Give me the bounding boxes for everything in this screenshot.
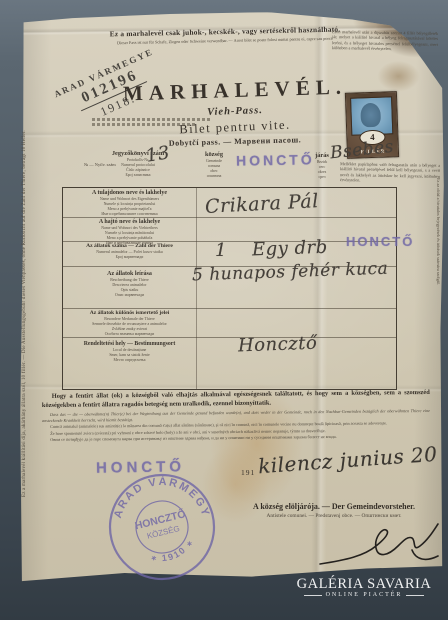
drover-label: A hajtó neve és lakhelye	[63, 219, 196, 226]
watermark-title: GALÉRIA SAVARIA	[284, 576, 444, 593]
drover-cell-village-stamp: HONCTŐ	[346, 234, 414, 249]
small-print-block	[92, 116, 222, 128]
destination-handwritten: Honcztő	[238, 333, 318, 357]
row-count-label: Az állatok száma — Zahl der Thiere Numer…	[63, 241, 197, 266]
destination-sublabels: Locul de destinațiune Smer, kam sa stato…	[63, 348, 196, 363]
watermark: GALÉRIA SAVARIA ONLINE PIACTÉR	[284, 576, 444, 598]
description-label: Az állatok leírása	[63, 271, 196, 278]
certification-block: Hogy a fentírt állat (ok) a községből va…	[42, 389, 430, 443]
watermark-rule-left	[304, 595, 322, 596]
coat-of-arms	[360, 103, 381, 128]
left-margin-note: Ez a marhalevél kiállítási díja, akárhán…	[22, 99, 27, 497]
village-label: község	[188, 151, 240, 159]
destination-label: Rendeltetési hely — Bestimmungsort	[63, 341, 196, 348]
description-sublabels: Beschreibung der Thiere Descrierea anima…	[63, 278, 196, 298]
seal-year-text: ⁎ 1910 ⁎	[147, 535, 198, 567]
table-row: Rendeltetési hely — Bestimmungsort Locul…	[63, 337, 396, 389]
side-paragraph-top: Ezen marhalevél után a díjszabás szerint…	[332, 29, 438, 53]
official-signature	[316, 516, 442, 574]
field-village: község Gemeinde comuna obec општина	[188, 151, 240, 179]
svg-text:⁎ 1910 ⁎: ⁎ 1910 ⁎	[147, 535, 198, 567]
owner-label: A tulajdonos neve és lakhelye	[63, 190, 196, 197]
protocol-value-handwritten: 13	[145, 142, 172, 166]
village-sublabels: Gemeinde comuna obec општина	[188, 159, 240, 179]
watermark-rule-right	[406, 595, 424, 596]
count-label: Az állatok száma — Zahl der Thiere	[63, 243, 196, 250]
row-description-label: Az állatok leírása Beschreibung der Thie…	[63, 266, 197, 308]
row-destination-label: Rendeltetési hely — Bestimmungsort Locul…	[63, 337, 197, 389]
printed-year-prefix: 191	[241, 468, 255, 477]
count-sublabels: Numerul animalelor — Počet kusov statku …	[63, 250, 196, 260]
row-drover-label: A hajtó neve és lakhelye Name und Wohnor…	[63, 217, 197, 241]
marks-label: Az állatok különös ismertető jelei	[63, 310, 196, 317]
right-margin-note: Ez az oldal a hivatalos bejegyzések és á…	[436, 178, 441, 328]
animal-count-words: Egy drb	[252, 237, 328, 261]
village-stamp-impression: HONCTŐ	[236, 151, 315, 168]
owner-sublabels: Name und Wohnort des Eigenthümers Numele…	[63, 197, 196, 217]
animal-count-figure: 1	[215, 240, 227, 261]
row-marks-label: Az állatok különös ismertető jelei Beson…	[63, 308, 197, 337]
official-title-line1: A község elöljárója. — Der Gemeindevorst…	[228, 502, 440, 511]
certification-hungarian: Hogy a fentírt állat (ok) a községből va…	[42, 389, 430, 411]
row-owner-label: A tulajdonos neve és lakhelye Name und W…	[63, 188, 197, 217]
side-paragraph-bottom: Melléklet papírlaphoz való felragasztás …	[340, 161, 440, 185]
animal-table: A tulajdonos neve és lakhelye Name und W…	[62, 187, 397, 390]
watermark-subtitle: ONLINE PIACTÉR	[326, 592, 403, 598]
marks-sublabels: Besondere Merkmale der Thiere Semnele de…	[63, 317, 196, 337]
photo-of-document: Ez a marhalevél csak juhok-, kecskék-, v…	[0, 0, 448, 620]
table-row: Az állatok különös ismertető jelei Beson…	[63, 308, 396, 338]
